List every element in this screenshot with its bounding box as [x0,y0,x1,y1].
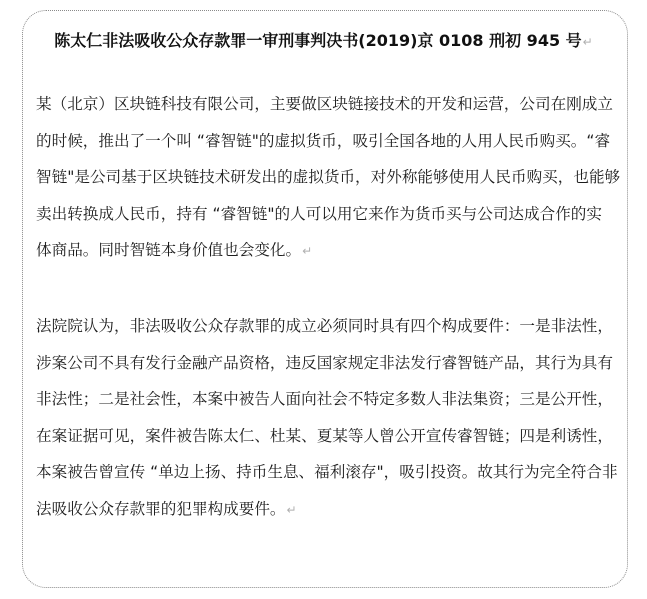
text-line: 涉案公司不具有发行金融产品资格，违反国家规定非法发行睿智链产品，其行为具有 [36,345,608,382]
text-content: 法吸收公众存款罪的犯罪构成要件。 [36,500,286,518]
text-line: 在案证据可见，案件被告陈太仁、杜某、夏某等人曾公开宣传睿智链；四是利诱性， [36,418,608,455]
text-line: 某（北京）区块链科技有限公司，主要做区块链接技术的开发和运营，公司在刚成立 [36,86,608,123]
paragraph-company-description: 某（北京）区块链科技有限公司，主要做区块链接技术的开发和运营，公司在刚成立 的时… [36,86,608,269]
paragraph-court-ruling: 法院院认为，非法吸收公众存款罪的成立必须同时具有四个构成要件：一是非法性， 涉案… [36,308,608,527]
text-line-last: 体商品。同时智链本身价值也会变化。↵ [36,232,608,269]
paragraph-mark-icon: ↵ [287,503,297,517]
text-line: 的时候，推出了一个叫 “睿智链"的虚拟货币，吸引全国各地的人用人民币购买。“睿 [36,123,608,160]
paragraph-mark-icon: ↵ [583,35,593,49]
title-text: 陈太仁非法吸收公众存款罪一审刑事判决书(2019)京 0108 刑初 945 号 [54,31,581,50]
document-title: 陈太仁非法吸收公众存款罪一审刑事判决书(2019)京 0108 刑初 945 号… [0,28,647,51]
text-line: 法院院认为，非法吸收公众存款罪的成立必须同时具有四个构成要件：一是非法性， [36,308,608,345]
text-content: 体商品。同时智链本身价值也会变化。 [36,241,301,259]
text-line-last: 法吸收公众存款罪的犯罪构成要件。↵ [36,491,608,528]
text-line: 非法性；二是社会性，本案中被告人面向社会不特定多数人非法集资；三是公开性， [36,381,608,418]
text-line: 卖出转换成人民币，持有 “睿智链"的人可以用它来作为货币买与公司达成合作的实 [36,196,608,233]
text-line: 智链"是公司基于区块链技术研发出的虚拟货币，对外称能够使用人民币购买，也能够 [36,159,608,196]
paragraph-mark-icon: ↵ [302,244,312,258]
text-line: 本案被告曾宣传 “单边上扬、持币生息、福利滚存"，吸引投资。故其行为完全符合非 [36,454,608,491]
